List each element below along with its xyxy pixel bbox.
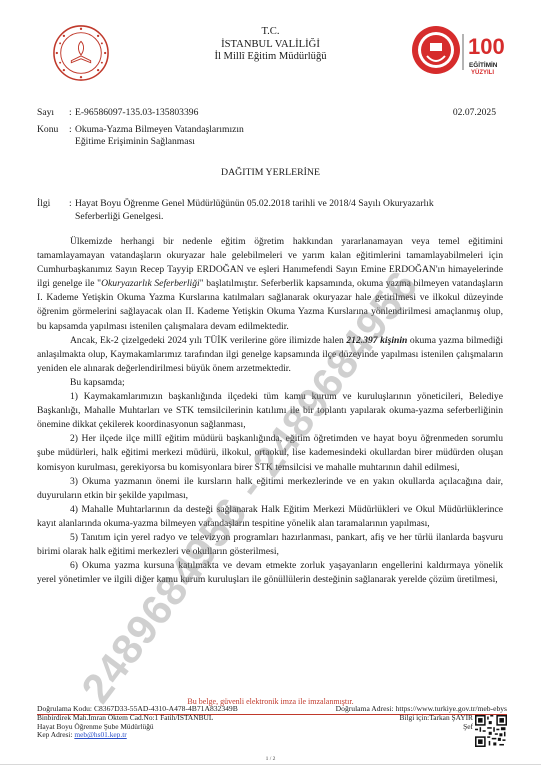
ilgi-label: İlgi bbox=[37, 198, 69, 211]
konu-line1: Okuma-Yazma Bilmeyen Vatandaşlarımızın bbox=[75, 124, 244, 135]
list-item: 5) Tanıtım için yerel radyo ve televizyo… bbox=[37, 531, 503, 559]
header-valilik: İSTANBUL VALİLİĞİ bbox=[0, 39, 541, 52]
footer-address-block: Binbirdirek Mah.İmran Öktem Cad.No:1 Fat… bbox=[37, 714, 213, 740]
list-item: 3) Okuma yazmanın önemi ile kursların ha… bbox=[37, 475, 503, 503]
header-mudurluk: İl Millî Eğitim Müdürlüğü bbox=[0, 51, 541, 64]
sayi-label: Sayı bbox=[37, 107, 69, 119]
kep-address-link[interactable]: meb@hs01.kep.tr bbox=[74, 730, 126, 739]
sayi-value: E-96586097-135.03-135803396 bbox=[75, 107, 198, 118]
page-bottom-divider bbox=[0, 764, 541, 765]
ilgi-line2: Seferberliği Genelgesi. bbox=[37, 211, 497, 224]
konu-label: Konu bbox=[37, 124, 69, 136]
paragraph-1: Ülkemizde herhangi bir nedenle eğitim öğ… bbox=[37, 235, 503, 334]
paragraph-3: Bu kapsamda; bbox=[37, 376, 503, 390]
konu-line2: Eğitime Erişiminin Sağlanması bbox=[37, 136, 244, 148]
list-item: 4) Mahalle Muhtarlarının da desteği sağl… bbox=[37, 503, 503, 531]
ilgi-line1: Hayat Boyu Öğrenme Genel Müdürlüğünün 05… bbox=[75, 198, 434, 209]
svg-text:YÜZYILI: YÜZYILI bbox=[471, 69, 494, 76]
ilgi-block: İlgi:Hayat Boyu Öğrenme Genel Müdürlüğün… bbox=[37, 198, 497, 223]
verification-address[interactable]: Doğrulama Adresi: https://www.turkiye.go… bbox=[336, 704, 507, 713]
contact-title: Şef bbox=[399, 723, 473, 732]
recipient-heading: DAĞITIM YERLERİNE bbox=[0, 167, 541, 178]
header-tc: T.C. bbox=[0, 26, 541, 39]
contact-person: Bilgi için:Tarkan ŞAYİR bbox=[399, 714, 473, 723]
qr-code-icon bbox=[475, 715, 507, 747]
konu-row: Konu:Okuma-Yazma Bilmeyen Vatandaşlarımı… bbox=[37, 124, 244, 148]
document-body: Ülkemizde herhangi bir nedenle eğitim öğ… bbox=[37, 235, 503, 587]
paragraph-2: Ancak, Ek-2 çizelgedeki 2024 yılı TÜİK v… bbox=[37, 334, 503, 376]
illiterate-count: 212.397 kişinin bbox=[346, 335, 407, 346]
list-item: 6) Okuma yazma kursuna katılmakta ve dev… bbox=[37, 559, 503, 587]
document-page: 100 EĞİTİMİN YÜZYILI T.C. İSTANBUL VALİL… bbox=[0, 0, 541, 768]
list-item: 1) Kaymakamlarımızın başkanlığında ilçed… bbox=[37, 390, 503, 432]
document-header: T.C. İSTANBUL VALİLİĞİ İl Millî Eğitim M… bbox=[0, 26, 541, 64]
document-date: 02.07.2025 bbox=[453, 107, 496, 118]
list-item: 2) Her ilçede ilçe millî eğitim müdürü b… bbox=[37, 432, 503, 474]
footer-contact-block: Bilgi için:Tarkan ŞAYİR Şef bbox=[399, 714, 473, 731]
sayi-row: Sayı:E-96586097-135.03-135803396 bbox=[37, 107, 198, 119]
verification-code: Doğrulama Kodu: C8367D33-55AD-4310-A478-… bbox=[37, 704, 238, 713]
page-number: 1 / 2 bbox=[0, 756, 541, 762]
